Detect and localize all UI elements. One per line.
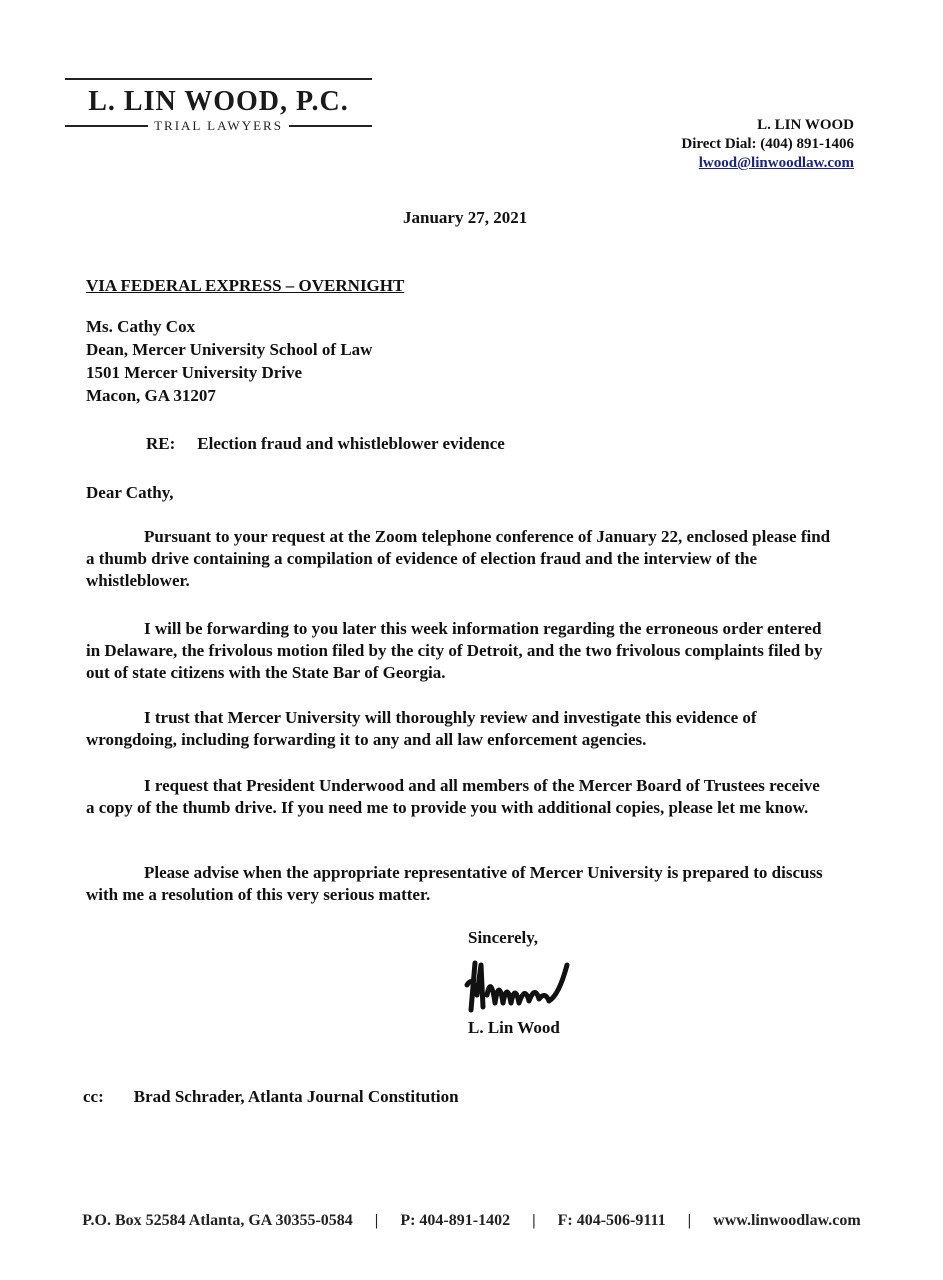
re-line: RE:Election fraud and whistleblower evid… bbox=[146, 434, 505, 454]
firm-tagline: TRIAL LAWYERS bbox=[148, 118, 289, 134]
sender-block: L. LIN WOOD Direct Dial: (404) 891-1406 … bbox=[681, 116, 854, 173]
logo-right-rule bbox=[289, 125, 372, 127]
footer-separator: | bbox=[510, 1212, 558, 1230]
body-paragraph: I will be forwarding to you later this w… bbox=[86, 618, 831, 684]
footer-address: P.O. Box 52584 Atlanta, GA 30355-0584 bbox=[82, 1212, 353, 1230]
direct-dial: Direct Dial: (404) 891-1406 bbox=[681, 135, 854, 154]
body-paragraph: I trust that Mercer University will thor… bbox=[86, 707, 831, 751]
footer-fax: F: 404-506-9111 bbox=[558, 1212, 666, 1230]
delivery-method: VIA FEDERAL EXPRESS – OVERNIGHT bbox=[86, 276, 404, 296]
logo-top-rule bbox=[65, 78, 372, 80]
re-label: RE: bbox=[146, 434, 175, 453]
footer-separator: | bbox=[353, 1212, 401, 1230]
firm-logo-name: L. LIN WOOD, P.C. bbox=[65, 86, 372, 118]
logo-left-rule bbox=[65, 125, 148, 127]
cc-recipient: Brad Schrader, Atlanta Journal Constitut… bbox=[134, 1087, 459, 1106]
body-paragraph: Pursuant to your request at the Zoom tel… bbox=[86, 526, 831, 592]
handwritten-signature-icon bbox=[463, 955, 583, 1015]
footer-website-link[interactable]: www.linwoodlaw.com bbox=[713, 1212, 861, 1230]
salutation: Dear Cathy, bbox=[86, 483, 174, 503]
letter-date: January 27, 2021 bbox=[403, 208, 527, 228]
sender-name: L. LIN WOOD bbox=[681, 116, 854, 135]
recipient-address: Ms. Cathy Cox Dean, Mercer University Sc… bbox=[86, 315, 372, 407]
closing: Sincerely, bbox=[468, 928, 538, 948]
sender-email-link[interactable]: lwood@linwoodlaw.com bbox=[699, 155, 854, 171]
signature-name: L. Lin Wood bbox=[468, 1018, 560, 1038]
letter-footer: P.O. Box 52584 Atlanta, GA 30355-0584 | … bbox=[0, 1212, 943, 1230]
footer-separator: | bbox=[666, 1212, 714, 1230]
re-subject: Election fraud and whistleblower evidenc… bbox=[197, 434, 505, 453]
recipient-city: Macon, GA 31207 bbox=[86, 384, 372, 407]
body-paragraph: Please advise when the appropriate repre… bbox=[86, 862, 831, 906]
recipient-title: Dean, Mercer University School of Law bbox=[86, 338, 372, 361]
footer-phone: P: 404-891-1402 bbox=[400, 1212, 510, 1230]
cc-line: cc:Brad Schrader, Atlanta Journal Consti… bbox=[83, 1087, 459, 1107]
body-paragraph: I request that President Underwood and a… bbox=[86, 775, 831, 819]
recipient-street: 1501 Mercer University Drive bbox=[86, 361, 372, 384]
cc-label: cc: bbox=[83, 1087, 104, 1106]
firm-logo-tagline-row: TRIAL LAWYERS bbox=[65, 118, 372, 134]
recipient-name: Ms. Cathy Cox bbox=[86, 315, 372, 338]
